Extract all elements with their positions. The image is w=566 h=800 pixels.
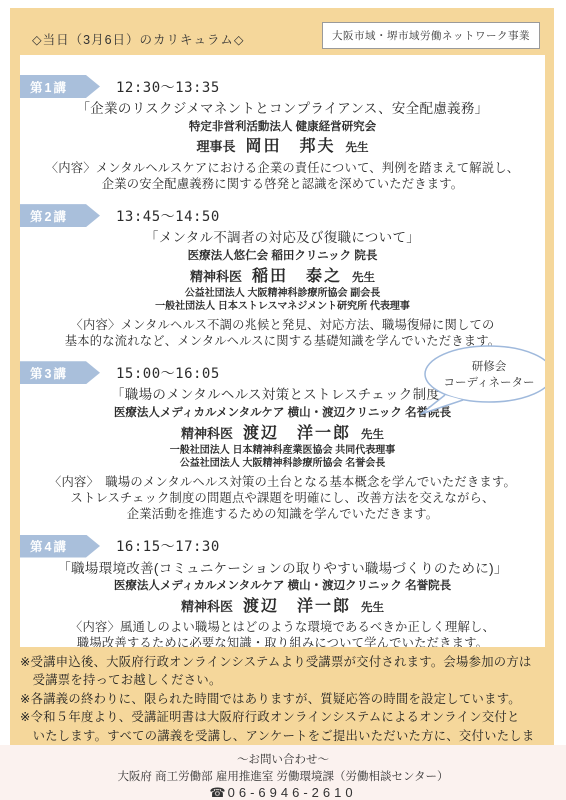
- bubble-text-line2: コーディネーター: [443, 376, 534, 389]
- speaker-role: 精神科医: [181, 599, 233, 615]
- speaker-role: 理事長: [196, 139, 235, 155]
- program-badge: 大阪市域・堺市域労働ネットワーク事業: [322, 22, 540, 49]
- lecture-4-organization: 医療法人メディカルメンタルケア 横山・渡辺クリニック 名誉院長: [20, 579, 545, 594]
- lecture-1-title: 「企業のリスクジメマネントとコンプライアンス、安全配慮義務」: [20, 100, 545, 118]
- description-line: 〈内容〉風通しのよい職場とはどのような環境であるべきか正しく理解し、: [20, 619, 545, 635]
- speaker-name: 渡辺 洋一郎: [243, 424, 351, 443]
- description-line: 〈内容〉メンタルヘルス不調の兆候と発見、対応方法、職場復帰に関しての: [20, 317, 545, 333]
- lecture-4-badge: 第4講: [20, 535, 100, 558]
- lecture-4: 第4講 16:15～17:30 「職場環境改善(コミュニケーションの取りやすい職…: [20, 535, 545, 647]
- lecture-3-badge: 第3講: [20, 361, 100, 384]
- note-line: ※受講申込後、大阪府行政オンラインシステムより受講票が交付されます。会場参加の方…: [20, 653, 548, 671]
- speaker-honorific: 先生: [346, 142, 369, 156]
- lecture-1-organization: 特定非営利活動法人 健康経営研究会: [20, 120, 545, 135]
- description-line: ストレスチェック制度の問題点や課題を明確にし、改善方法を交えながら、: [20, 490, 545, 506]
- note-line: 受講票を持ってお越しください。: [20, 671, 548, 689]
- orange-panel: ◇当日（3月6日）のカリキュラム◇ 大阪市域・堺市域労働ネットワーク事業 第1講…: [10, 8, 554, 745]
- lecture-1-description: 〈内容〉メンタルヘルスケアにおける企業の責任について、判例を踏まえて解説し、 企…: [20, 160, 545, 192]
- speaker-name: 稲田 泰之: [252, 267, 342, 286]
- lecture-2-organization: 医療法人悠仁会 稲田クリニック 院長: [20, 249, 545, 264]
- page-title: ◇当日（3月6日）のカリキュラム◇: [32, 30, 245, 48]
- lecture-4-speaker: 精神科医 渡辺 洋一郎 先生: [20, 597, 545, 616]
- lecture-1-time: 12:30～13:35: [116, 77, 220, 97]
- lecture-4-description: 〈内容〉風通しのよい職場とはどのような環境であるべきか正しく理解し、 職場改善す…: [20, 619, 545, 647]
- lecture-3-affiliation: 一般社団法人 日本精神科産業医協会 共同代表理事: [20, 444, 545, 458]
- lecture-1-head: 第1講 12:30～13:35: [20, 75, 545, 98]
- lecture-2-head: 第2講 13:45～14:50: [20, 204, 545, 227]
- lecture-3-description: 〈内容〉 職場のメンタルヘルス対策の土台となる基本概念を学んでいただきます。 ス…: [20, 474, 545, 523]
- phone-number: 06-6946-2610: [228, 785, 357, 800]
- lecture-1-badge: 第1講: [20, 75, 100, 98]
- description-line: 〈内容〉 職場のメンタルヘルス対策の土台となる基本概念を学んでいただきます。: [20, 474, 545, 490]
- lecture-2-affiliation: 一般社団法人 日本ストレスマネジメント研究所 代表理事: [20, 300, 545, 314]
- note-line: ※各講義の終わりに、限られた時間ではありますが、質疑応答の時間を設定しています。: [20, 690, 548, 708]
- lecture-2-badge: 第2講: [20, 204, 100, 227]
- bubble-text-line1: 研修会: [472, 359, 507, 373]
- lecture-4-title: 「職場環境改善(コミュニケーションの取りやすい職場づくりのために)」: [20, 560, 545, 578]
- speaker-honorific: 先生: [361, 602, 384, 616]
- curriculum-flyer: { "header": { "curriculum_title": "◇当日（3…: [0, 0, 566, 800]
- description-line: 企業活動を推進するための知識を学んでいただきます。: [20, 506, 545, 522]
- lecture-2-time: 13:45～14:50: [116, 206, 220, 226]
- speaker-honorific: 先生: [361, 429, 384, 443]
- coordinator-speech-bubble: 研修会 コーディネーター: [397, 343, 545, 421]
- note-line: ※令和５年度より、受講証明書は大阪府行政オンラインシステムによるオンライン交付と: [20, 708, 548, 726]
- lecture-3-speaker: 精神科医 渡辺 洋一郎 先生: [20, 424, 545, 443]
- lecture-4-time: 16:15～17:30: [116, 536, 220, 556]
- phone-icon: ☎: [209, 785, 225, 800]
- speaker-role: 精神科医: [181, 426, 233, 442]
- contact-organization: 大阪府 商工労働部 雇用推進室 労働環境課（労働相談センター）: [0, 768, 566, 784]
- lecture-2-speaker: 精神科医 稲田 泰之 先生: [20, 267, 545, 286]
- lecture-3-time: 15:00～16:05: [116, 363, 220, 383]
- lecture-1: 第1講 12:30～13:35 「企業のリスクジメマネントとコンプライアンス、安…: [20, 75, 545, 192]
- lecture-4-head: 第4講 16:15～17:30: [20, 535, 545, 558]
- description-line: 企業の安全配慮義務に関する啓発と認識を深めていただきます。: [20, 176, 545, 192]
- contact-phone-line: ☎06-6946-2610: [0, 785, 566, 800]
- lecture-3-affiliation: 公益社団法人 大阪精神科診療所協会 名誉会長: [20, 457, 545, 471]
- contact-header: ～お問い合わせ～: [0, 751, 566, 767]
- speaker-honorific: 先生: [352, 272, 375, 286]
- speaker-name: 渡辺 洋一郎: [243, 597, 351, 616]
- bubble-ellipse: [425, 346, 545, 402]
- lecture-2-title: 「メンタル不調者の対応及び復職について」: [20, 229, 545, 247]
- curriculum-content-box: 第1講 12:30～13:35 「企業のリスクジメマネントとコンプライアンス、安…: [20, 55, 545, 647]
- speaker-role: 精神科医: [190, 269, 242, 285]
- description-line: 〈内容〉メンタルヘルスケアにおける企業の責任について、判例を踏まえて解説し、: [20, 160, 545, 176]
- lecture-2: 第2講 13:45～14:50 「メンタル不調者の対応及び復職について」 医療法…: [20, 204, 545, 349]
- speaker-name: 岡田 邦夫: [246, 137, 336, 156]
- lecture-2-affiliation: 公益社団法人 大阪精神科診療所協会 副会長: [20, 287, 545, 301]
- contact-footer: ～お問い合わせ～ 大阪府 商工労働部 雇用推進室 労働環境課（労働相談センター）…: [0, 745, 566, 800]
- description-line: 職場改善するために必要な知識・取り組みについて学んでいただきます。: [20, 635, 545, 647]
- lecture-1-speaker: 理事長 岡田 邦夫 先生: [20, 137, 545, 156]
